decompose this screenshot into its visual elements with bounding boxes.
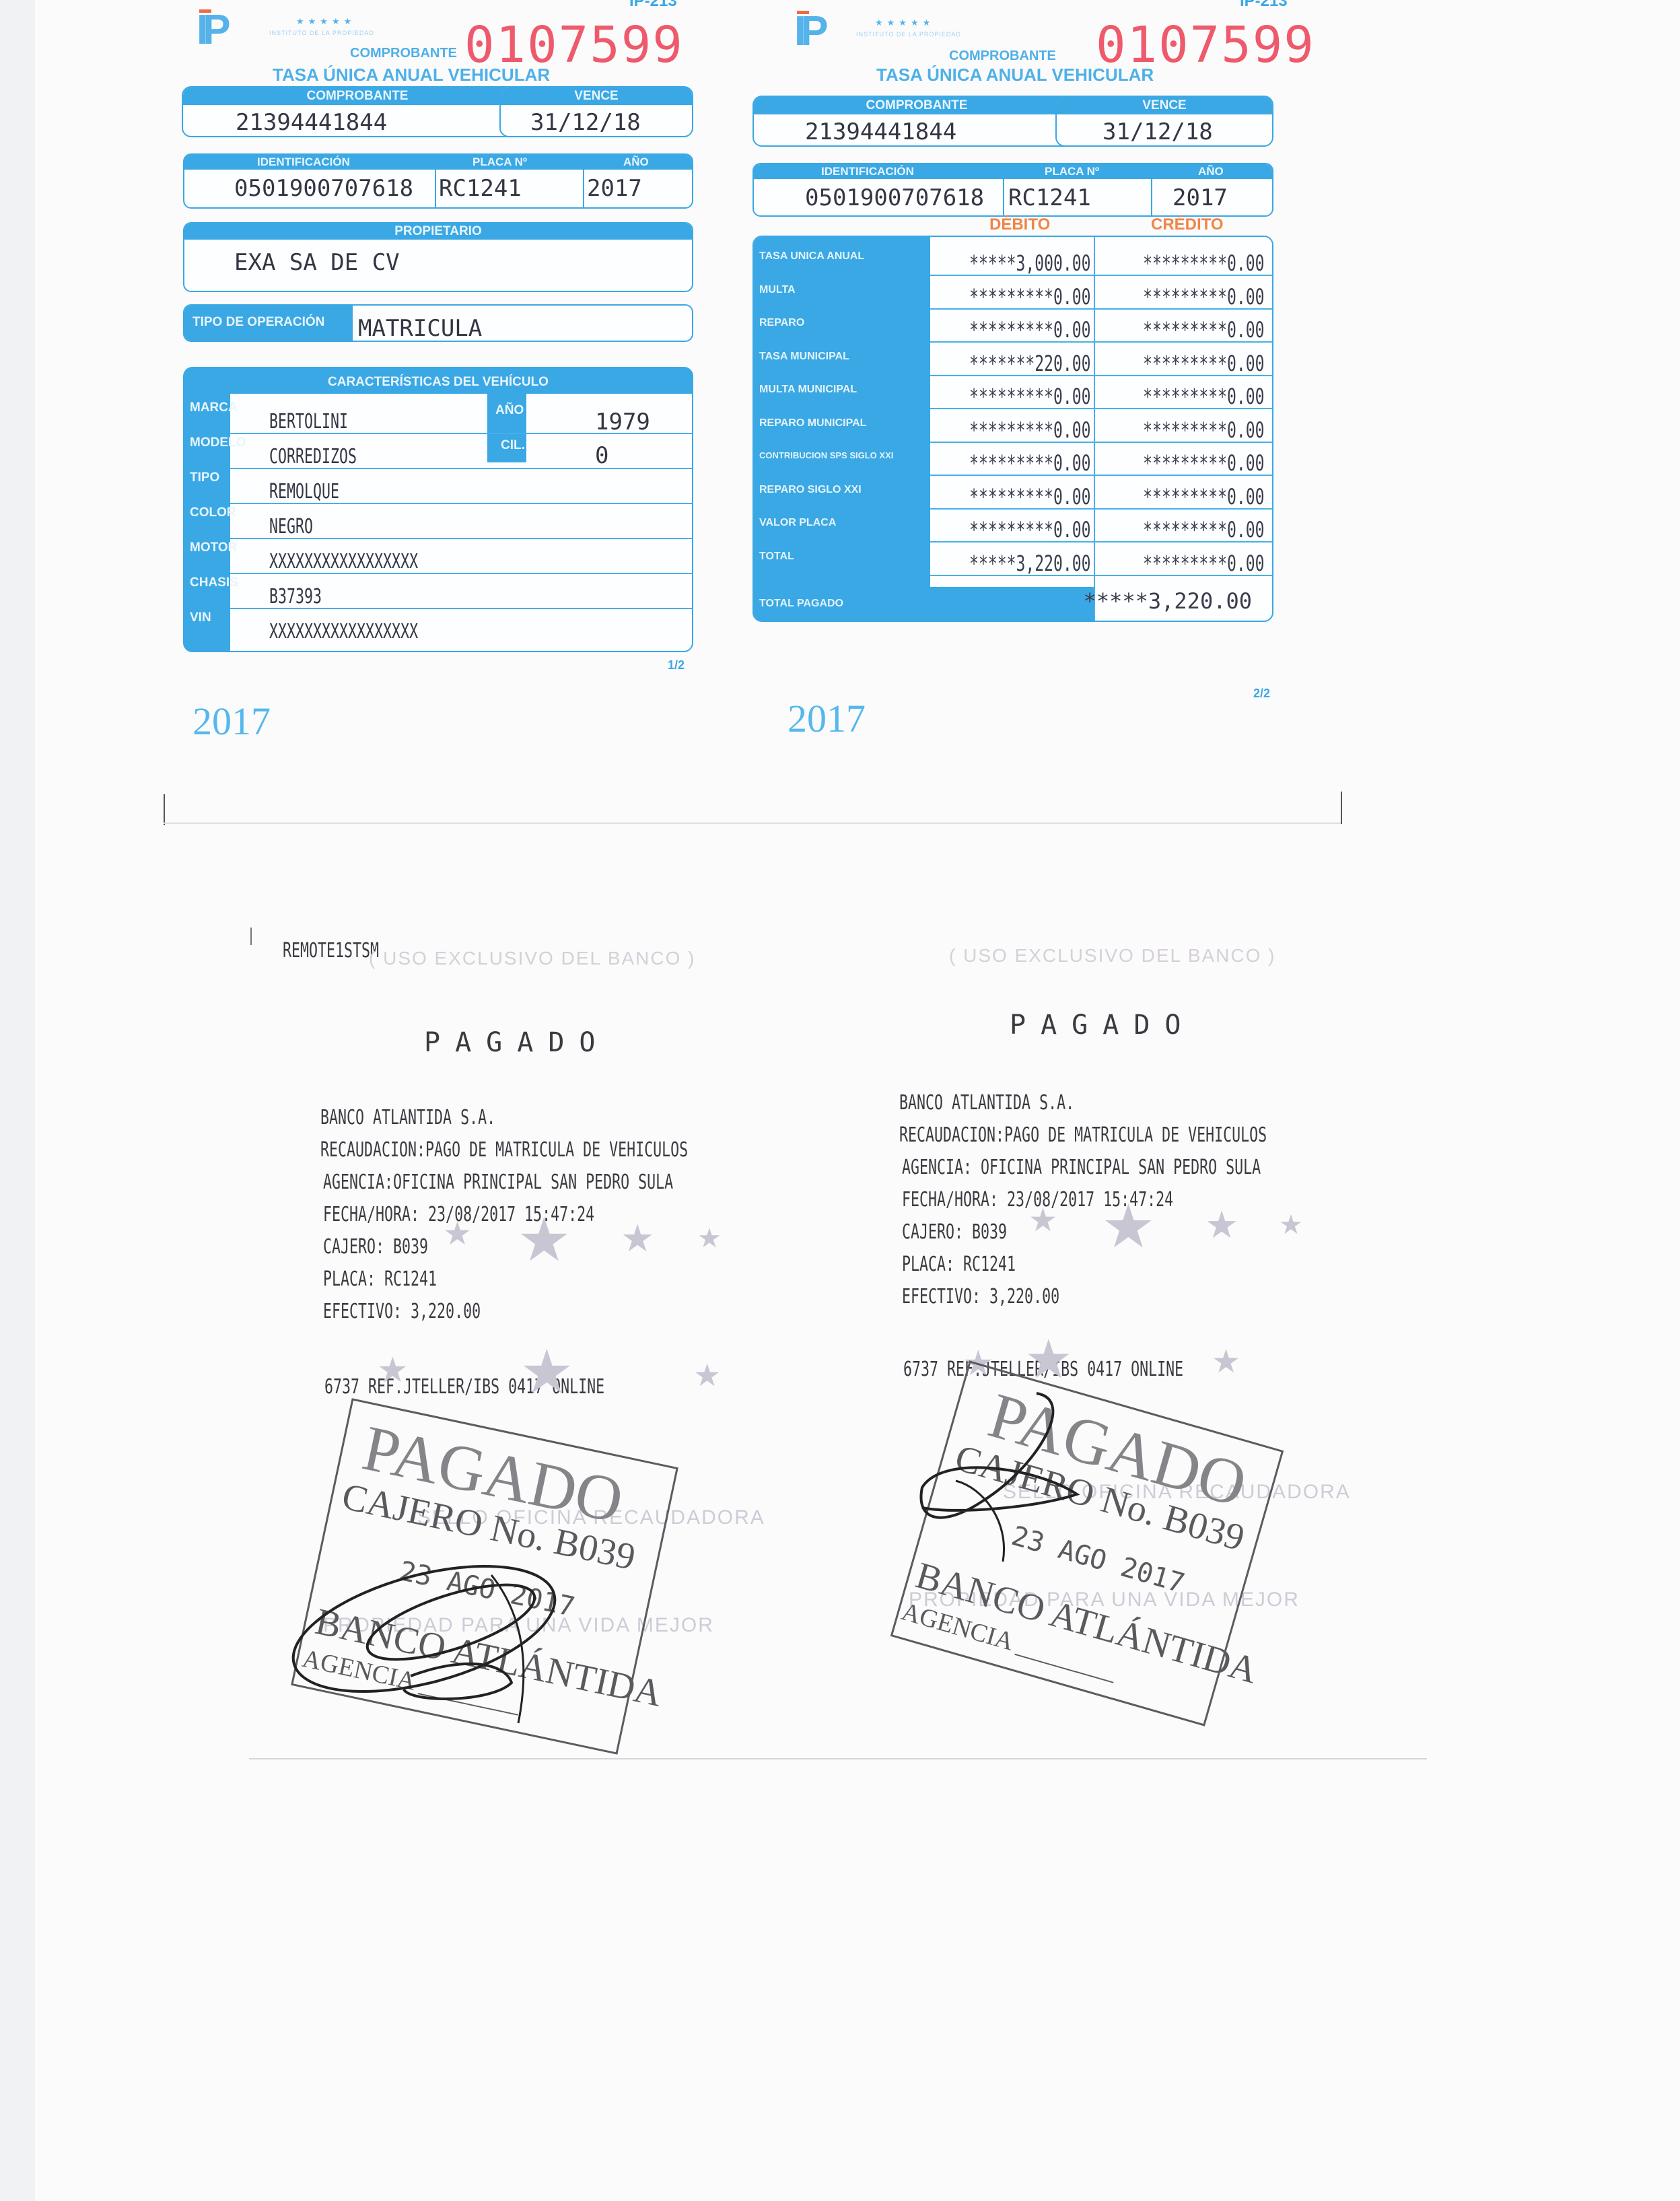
form-code: IP-213 (629, 0, 677, 11)
debito-value: *****3,000.00 (922, 252, 1090, 275)
receipt-line: CAJERO: B039 (902, 1221, 1048, 1244)
tipo-operacion-value: MATRICULA (358, 316, 482, 341)
receipt-line: AGENCIA: OFICINA PRINCIPAL SAN PEDRO SUL… (902, 1156, 1401, 1179)
credito-value: *********0.00 (1096, 385, 1257, 408)
comprobante-label: COMPROBANTE (949, 48, 1056, 64)
vehicle-value-tipo: REMOLQUE (269, 480, 367, 504)
vehicle-cil-label: CIL. (501, 438, 525, 453)
charge-label: REPARO SIGLO XXI (759, 484, 862, 496)
form-title: TASA ÚNICA ANUAL VEHICULAR (273, 65, 550, 85)
bank-use-label: ( USO EXCLUSIVO DEL BANCO ) (949, 945, 1276, 967)
receipt-line: EFECTIVO: 3,220.00 (323, 1300, 542, 1323)
identificacion-box: IDENTIFICACIÓN PLACA Nº AÑO 050190070761… (183, 153, 693, 209)
tipo-operacion-box: TIPO DE OPERACIÓN MATRICULA (183, 304, 693, 342)
tipo-operacion-label: TIPO DE OPERACIÓN (193, 315, 324, 330)
cut-mark-right (1341, 792, 1342, 824)
credito-value: *********0.00 (1096, 318, 1257, 341)
identificacion-value: 0501900707618 (805, 186, 984, 210)
debito-value: *********0.00 (922, 452, 1090, 475)
vehicle-label-vin: VIN (190, 610, 211, 625)
bank-use-label: ( USO EXCLUSIVO DEL BANCO ) (369, 948, 696, 969)
cut-line (164, 823, 1341, 824)
debito-value: *********0.00 (922, 385, 1090, 408)
debito-value: *********0.00 (922, 518, 1090, 541)
credito-value: *********0.00 (1096, 452, 1257, 475)
paid-status: PAGADO (424, 1027, 610, 1058)
cut-mark-left (164, 794, 165, 825)
vehicle-anio-value: 1979 (595, 410, 650, 434)
placa-value: RC1241 (439, 176, 522, 201)
charge-label: MULTA (759, 284, 796, 296)
debito-value: *********0.00 (922, 419, 1090, 442)
propietario-value: EXA SA DE CV (234, 250, 400, 275)
comprobante-value: 21394441844 (236, 110, 387, 135)
charge-label: TOTAL (759, 551, 794, 563)
debito-value: *********0.00 (922, 485, 1090, 508)
stars-icon: ★★★★★ (296, 16, 355, 27)
vehicle-cil-value: 0 (595, 444, 608, 468)
receipt-line: PLACA: RC1241 (323, 1268, 481, 1291)
vence-value: 31/12/18 (1102, 120, 1213, 144)
credito-value: *********0.00 (1096, 352, 1257, 375)
charge-label: REPARO (759, 317, 804, 329)
vehicle-value-motor: XXXXXXXXXXXXXXXXX (269, 550, 476, 574)
vehicle-value-modelo: CORREDIZOS (269, 445, 391, 469)
signature-icon (289, 1548, 572, 1710)
vence-box: VENCE 31/12/18 (1055, 96, 1273, 147)
vehicle-anio-label: AÑO (495, 403, 524, 418)
receipt-line: BANCO ATLANTIDA S.A. (320, 1107, 563, 1129)
vehicle-label-tipo: TIPO (190, 470, 219, 485)
vehicle-value-marca: BERTOLINI (269, 410, 379, 434)
identificacion-header: IDENTIFICACIÓN (257, 155, 350, 170)
comprobante-box: COMPROBANTE 21394441844 (753, 96, 1081, 147)
debito-value: *********0.00 (922, 285, 1090, 308)
form-title: TASA ÚNICA ANUAL VEHICULAR (876, 65, 1154, 85)
credito-header: CRÉDITO (1151, 215, 1224, 234)
anio-value: 2017 (1172, 186, 1228, 210)
caracteristicas-box: CARACTERÍSTICAS DEL VEHÍCULO AÑO CIL. 19… (183, 367, 693, 652)
receipt-line: EFECTIVO: 3,220.00 (902, 1286, 1121, 1308)
vehicle-label-modelo: MODELO (190, 435, 246, 450)
total-pagado-value: *****3,220.00 (1084, 590, 1252, 613)
anio-value: 2017 (587, 176, 642, 201)
identificacion-value: 0501900707618 (234, 176, 413, 201)
page-mark-1: 1/2 (668, 658, 685, 672)
vehicle-label-marca: MARCA (190, 400, 238, 415)
paid-status: PAGADO (1010, 1010, 1196, 1041)
receipt-line: PLACA: RC1241 (902, 1253, 1060, 1276)
page-mark-2: 2/2 (1253, 687, 1270, 701)
stars-icon: ★★★★★ (875, 18, 934, 28)
vehicle-value-chasis: B37393 (269, 585, 342, 609)
serial-number: 0107599 (1096, 20, 1315, 70)
receipt-line: RECAUDACION:PAGO DE MATRICULA DE VEHICUL… (899, 1124, 1410, 1147)
vehicle-label-color: COLOR (190, 505, 236, 520)
caracteristicas-header: CARACTERÍSTICAS DEL VEHÍCULO (184, 375, 692, 390)
comprobante-value: 21394441844 (805, 120, 956, 144)
debito-value: *******220.00 (922, 352, 1090, 375)
charge-label: REPARO MUNICIPAL (759, 417, 866, 429)
charge-label: MULTA MUNICIPAL (759, 384, 857, 396)
propietario-box: PROPIETARIO EXA SA DE CV (183, 222, 693, 292)
total-pagado-label: TOTAL PAGADO (759, 598, 843, 610)
credito-value: *********0.00 (1096, 419, 1257, 442)
comprobante-label: COMPROBANTE (350, 46, 457, 61)
year-mark-1: 2017 (193, 699, 271, 744)
bottom-rule (249, 1758, 1427, 1759)
charges-table: TASA UNICA ANUAL*****3,000.00*********0.… (753, 236, 1273, 622)
propietario-header: PROPIETARIO (184, 223, 692, 240)
vence-value: 31/12/18 (530, 110, 641, 135)
credito-value: *********0.00 (1096, 552, 1257, 575)
scan-edge (0, 0, 35, 2201)
credito-value: *********0.00 (1096, 285, 1257, 308)
charge-label: VALOR PLACA (759, 517, 836, 529)
form-code: IP-213 (1240, 0, 1288, 11)
vehicle-label-chasis: CHASIS (190, 575, 238, 590)
receipt-line: BANCO ATLANTIDA S.A. (899, 1092, 1142, 1115)
comprobante-box: COMPROBANTE 21394441844 (182, 86, 533, 137)
institution-name: INSTITUTO DE LA PROPIEDAD (856, 31, 961, 38)
receipt-line: AGENCIA:OFICINA PRINCIPAL SAN PEDRO SULA (323, 1171, 809, 1194)
vehicle-value-vin: XXXXXXXXXXXXXXXXX (269, 620, 476, 644)
placa-header: PLACA Nº (473, 155, 527, 170)
identificacion-box: IDENTIFICACIÓN PLACA Nº AÑO 050190070761… (753, 163, 1273, 217)
year-mark-2: 2017 (788, 696, 866, 741)
vehicle-value-color: NEGRO (269, 515, 330, 539)
comprobante-header: COMPROBANTE (183, 88, 532, 105)
credito-value: *********0.00 (1096, 518, 1257, 541)
institution-name: INSTITUTO DE LA PROPIEDAD (269, 30, 374, 36)
anio-header: AÑO (623, 155, 649, 170)
debito-value: *****3,220.00 (922, 552, 1090, 575)
serial-number: 0107599 (464, 20, 684, 70)
charge-label: TASA MUNICIPAL (759, 351, 849, 363)
charge-label: CONTRIBUCION SPS SIGLO XXI (759, 450, 893, 460)
debito-header: DÉBITO (989, 215, 1050, 234)
debito-value: *********0.00 (922, 318, 1090, 341)
charge-label: TASA UNICA ANUAL (759, 250, 864, 263)
terminal-id: REMOTE1STSM (283, 940, 379, 963)
ip-logo-icon: IP (197, 7, 244, 54)
vehicle-label-motor: MOTOR (190, 540, 237, 555)
vence-box: VENCE 31/12/18 (499, 86, 693, 137)
receipt-line: RECAUDACION:PAGO DE MATRICULA DE VEHICUL… (320, 1139, 831, 1162)
placa-value: RC1241 (1008, 186, 1091, 210)
ip-logo-icon: IP (794, 8, 841, 55)
vence-header: VENCE (501, 88, 692, 105)
credito-value: *********0.00 (1096, 252, 1257, 275)
credito-value: *********0.00 (1096, 485, 1257, 508)
signature-icon (902, 1387, 1117, 1562)
